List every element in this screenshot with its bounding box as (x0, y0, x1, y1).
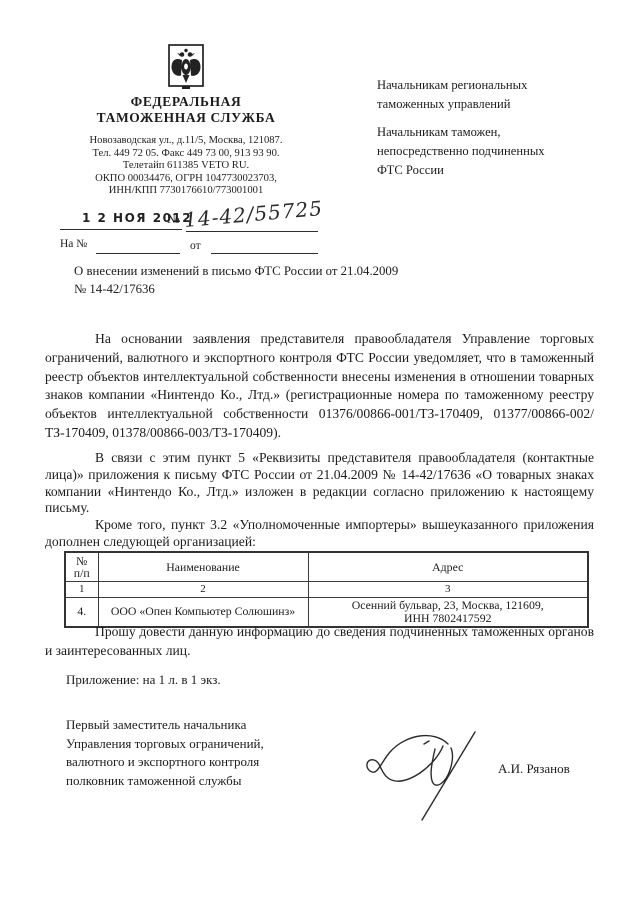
reply-to-label: На № (60, 238, 87, 250)
closing-paragraph: Прошу довести данную информацию до сведе… (45, 622, 594, 660)
date-blank-line (60, 229, 182, 230)
body-paragraph-1: На основании заявления представителя пра… (45, 330, 594, 443)
addressee-block-1: Начальникам региональных таможенных упра… (377, 76, 607, 114)
signer-title-line: Управления торговых ограничений, (66, 735, 326, 754)
org-name: ФЕДЕРАЛЬНАЯ ТАМОЖЕННАЯ СЛУЖБА (30, 94, 342, 126)
header-cell-name: Наименование (98, 552, 308, 582)
subject-line: О внесении изменений в письмо ФТС России… (74, 262, 404, 298)
addressee-line: Начальникам таможен, (377, 123, 607, 142)
handwritten-number: 14-42/55725 (183, 196, 324, 232)
header-cell-num: № п/п (65, 552, 98, 582)
coat-of-arms-icon (168, 44, 204, 90)
column-number-cell: 2 (98, 582, 308, 598)
org-inn-line: ИНН/КПП 7730176610/773001001 (30, 185, 342, 198)
org-name-line1: ФЕДЕРАЛЬНАЯ (30, 94, 342, 110)
signer-title-line: Первый заместитель начальника (66, 716, 326, 735)
handwritten-signature (338, 700, 488, 850)
signer-title-line: валютного и экспортного контроля (66, 753, 326, 772)
addressee-block-2: Начальникам таможен, непосредственно под… (377, 123, 607, 180)
from-blank-line (211, 253, 318, 254)
attachment-note: Приложение: на 1 л. в 1 экз. (66, 672, 221, 688)
column-number-cell: 3 (308, 582, 588, 598)
paragraph-text: В связи с этим пункт 5 «Реквизиты предст… (45, 450, 594, 517)
importers-table: № п/п Наименование Адрес 1 2 3 4. ООО «О… (64, 551, 589, 628)
signer-name: А.И. Рязанов (498, 761, 570, 777)
column-numbers-row: 1 2 3 (65, 582, 588, 598)
from-label: от (190, 240, 201, 252)
body-paragraphs-2-3: В связи с этим пункт 5 «Реквизиты предст… (45, 450, 594, 551)
addressee-line: непосредственно подчиненных (377, 142, 607, 161)
org-address-line: Новозаводская ул., д.11/5, Москва, 12108… (30, 135, 342, 148)
letterhead: ФЕДЕРАЛЬНАЯ ТАМОЖЕННАЯ СЛУЖБА Новозаводс… (30, 44, 342, 198)
org-name-line2: ТАМОЖЕННАЯ СЛУЖБА (30, 110, 342, 126)
org-phone-line: Тел. 449 72 05. Факс 449 73 00, 913 93 9… (30, 148, 342, 161)
paragraph-text: Кроме того, пункт 3.2 «Уполномоченные им… (45, 517, 594, 551)
signer-title-line: полковник таможенной службы (66, 772, 326, 791)
document-page: ФЕДЕРАЛЬНАЯ ТАМОЖЕННАЯ СЛУЖБА Новозаводс… (0, 0, 640, 900)
signer-title-block: Первый заместитель начальника Управления… (66, 716, 326, 790)
org-okpo-line: ОКПО 00034476, ОГРН 1047730023703, (30, 173, 342, 186)
org-contact-block: Новозаводская ул., д.11/5, Москва, 12108… (30, 135, 342, 198)
number-label: № (167, 211, 179, 227)
reply-blank-line (96, 253, 180, 254)
number-blank-line (186, 231, 318, 232)
paragraph-text: Прошу довести данную информацию до сведе… (45, 622, 594, 660)
table-header-row: № п/п Наименование Адрес (65, 552, 588, 582)
header-cell-address: Адрес (308, 552, 588, 582)
column-number-cell: 1 (65, 582, 98, 598)
addressee-line: Начальникам региональных (377, 76, 607, 95)
addressee-line: таможенных управлений (377, 95, 607, 114)
paragraph-text: На основании заявления представителя пра… (45, 330, 594, 443)
org-teletype-line: Телетайп 611385 VETO RU. (30, 160, 342, 173)
addressee-line: ФТС России (377, 161, 607, 180)
